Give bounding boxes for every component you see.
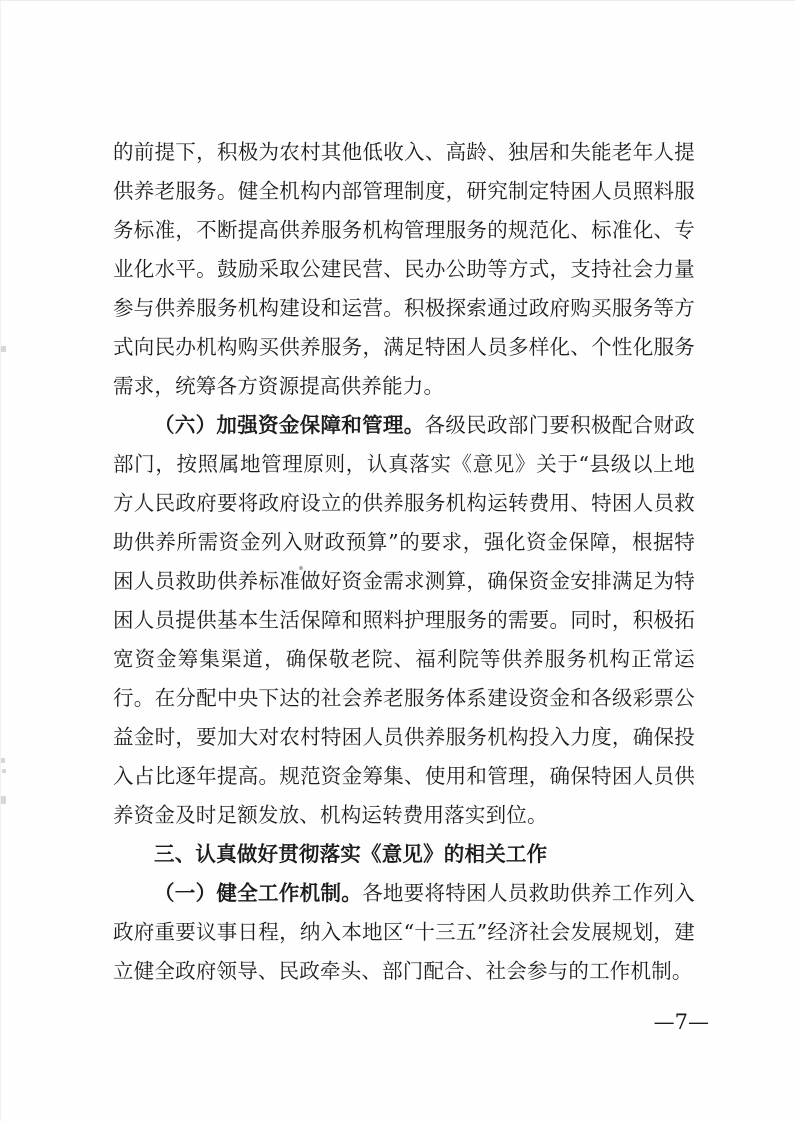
paragraph-continuation: 的前提下，积极为农村其他低收入、高龄、独居和失能老年人提供养老服务。健全机构内部… — [113, 133, 695, 406]
page-number: —7— — [654, 1010, 709, 1034]
paragraph-text: 的前提下，积极为农村其他低收入、高龄、独居和失能老年人提供养老服务。健全机构内部… — [113, 140, 695, 398]
document-page: 的前提下，积极为农村其他低收入、高龄、独居和失能老年人提供养老服务。健全机构内部… — [0, 0, 795, 1121]
text-block: 的前提下，积极为农村其他低收入、高龄、独居和失能老年人提供养老服务。健全机构内部… — [113, 133, 695, 991]
scan-edge-line — [0, 1, 1, 1121]
section-heading-3: 三、认真做好贯彻落实《意见》的相关工作 — [113, 835, 695, 874]
scan-speck — [1, 758, 5, 763]
scan-speck — [299, 566, 303, 570]
paragraph-lead: （一）健全工作机制。 — [154, 881, 362, 905]
paragraph-lead: （六）加强资金保障和管理。 — [154, 413, 425, 437]
scan-speck — [1, 796, 6, 804]
paragraph-section-6: （六）加强资金保障和管理。各级民政部门要积极配合财政部门，按照属地管理原则，认真… — [113, 406, 695, 835]
paragraph-item-1: （一）健全工作机制。各地要将特困人员救助供养工作列入政府重要议事日程，纳入本地区… — [113, 874, 695, 991]
scan-speck — [2, 769, 6, 773]
paragraph-text: 各级民政部门要积极配合财政部门，按照属地管理原则，认真落实《意见》关于“县级以上… — [113, 413, 695, 827]
scan-speck — [1, 346, 6, 352]
heading-text: 三、认真做好贯彻落实《意见》的相关工作 — [154, 842, 547, 866]
